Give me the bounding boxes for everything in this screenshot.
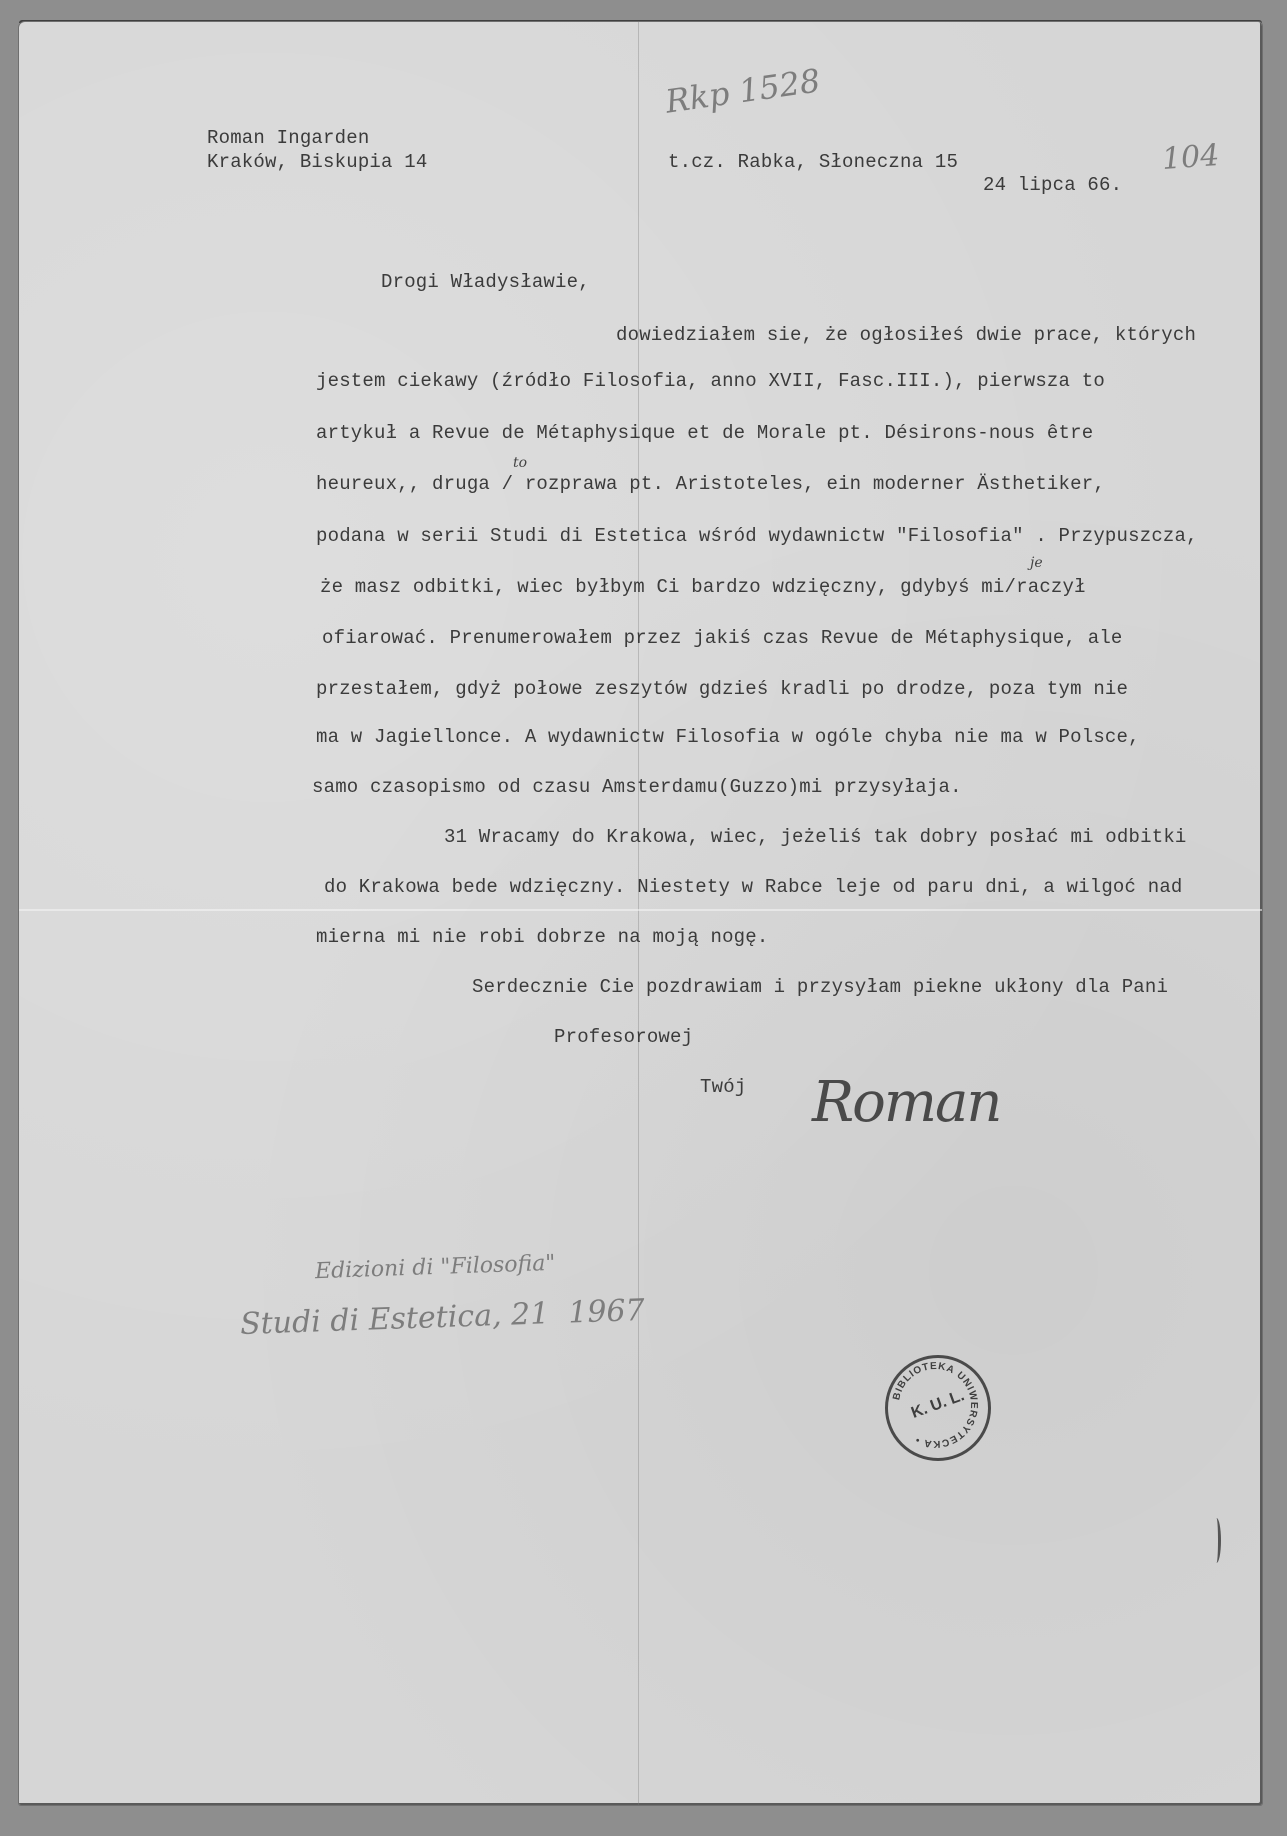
vertical-fold-line [638, 22, 639, 1805]
body-line-4: heureux,, druga / rozprawa pt. Aristotel… [316, 473, 1105, 495]
closing-continuation: Profesorowej [554, 1026, 693, 1048]
body-line-8: przestałem, gdyż połowe zeszytów gdzieś … [316, 678, 1128, 700]
body-line-2: jestem ciekawy (źródło Filosofia, anno X… [316, 370, 1105, 392]
closing-line: Serdecznie Cie pozdrawiam i przysyłam pi… [472, 976, 1168, 998]
sender-address: Kraków, Biskupia 14 [207, 151, 427, 173]
valediction: Twój [700, 1076, 746, 1098]
body-line-6: że masz odbitki, wiec byłbym Ci bardzo w… [320, 576, 1086, 598]
body-line-1: dowiedziałem sie, że ogłosiłeś dwie prac… [616, 324, 1196, 346]
folio-number: 104 [1161, 138, 1221, 177]
body-line-10: samo czasopismo od czasu Amsterdamu(Guzz… [312, 776, 962, 798]
horizontal-fold-line [19, 909, 1262, 911]
body-line-9: ma w Jagiellonce. A wydawnictw Filosofia… [316, 726, 1140, 748]
letter-page [19, 22, 1262, 1805]
body-line-3: artykuł a Revue de Métaphysique et de Mo… [316, 422, 1093, 444]
salutation: Drogi Władysławie, [381, 271, 590, 293]
annotation-to: to [513, 455, 527, 471]
annotation-je: je [1030, 555, 1043, 571]
letter-date: 24 lipca 66. [983, 174, 1122, 196]
location-line: t.cz. Rabka, Słoneczna 15 [668, 151, 958, 173]
signature: Roman [812, 1070, 1000, 1135]
body-line-13: mierna mi nie robi dobrze na moją nogę. [316, 926, 768, 948]
body-line-11: 31 Wracamy do Krakowa, wiec, jeżeliś tak… [444, 826, 1187, 848]
library-stamp: BIBLIOTEKA UNIWERSYTECKA • K. U. L. [885, 1355, 991, 1461]
body-line-12: do Krakowa bede wdzięczny. Niestety w Ra… [324, 876, 1183, 898]
sender-name: Roman Ingarden [207, 127, 369, 149]
body-line-5: podana w serii Studi di Estetica wśród w… [316, 525, 1198, 547]
body-line-7: ofiarować. Prenumerowałem przez jakiś cz… [322, 627, 1123, 649]
margin-mark [1212, 1518, 1221, 1563]
